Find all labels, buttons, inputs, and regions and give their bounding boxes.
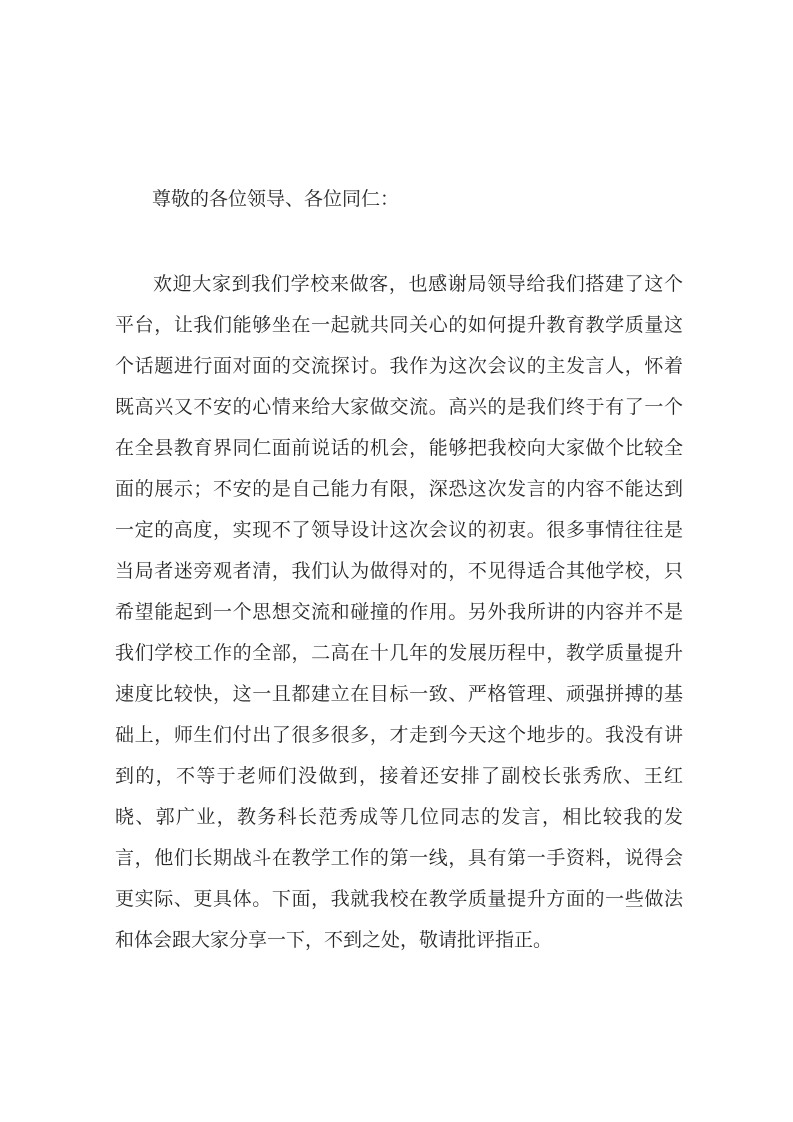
body-paragraph: 欢迎大家到我们学校来做客，也感谢局领导给我们搭建了这个平台，让我们能够坐在一起就… [115,264,683,961]
document-page: 尊敬的各位领导、各位同仁： 欢迎大家到我们学校来做客，也感谢局领导给我们搭建了这… [0,0,793,1122]
salutation-line: 尊敬的各位领导、各位同仁： [115,179,683,220]
